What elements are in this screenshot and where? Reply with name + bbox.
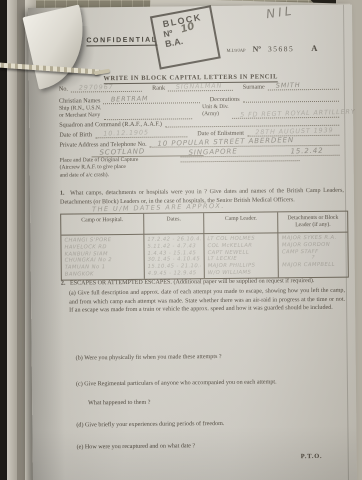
serial-prefix: M.I.9/JAP	[226, 48, 245, 53]
christian-names-field: BERTRAM	[103, 94, 199, 104]
rank-label: Rank	[152, 85, 165, 92]
nil-handwritten-note: NIL	[265, 4, 295, 22]
page-edge	[17, 0, 25, 480]
detachment-entry: MAJOR CAMPBELL	[282, 262, 345, 269]
question-2-title: ESCAPES OR ATTEMPTED ESCAPES.	[70, 280, 172, 287]
question-2-note: (Additional paper will be supplied on re…	[173, 278, 314, 285]
page-turn-over-label: P.T.O.	[301, 453, 323, 460]
address-value: 10 POPULAR STREET ABERDEEN	[158, 136, 295, 148]
capture-field-2	[181, 160, 300, 162]
question-2-number: 2.	[61, 281, 66, 287]
table-column-dates: 17.2.42 - 26.10.42 5.11.42 - 4.7.43 1.4.…	[144, 234, 205, 279]
row-no-rank-surname: No. 2970967 Rank SIGNALMAN Surname SMITH	[59, 81, 339, 93]
serial-suffix: A	[311, 43, 317, 53]
christian-names-label: Christian Names	[59, 97, 100, 104]
rank-value: SIGNALMAN	[176, 82, 223, 91]
row-capture: Place and Date of Original Capture (Airc…	[60, 155, 340, 180]
table-header-dates: Dates.	[144, 213, 204, 235]
dob-label: Date of Birth	[59, 131, 92, 138]
table-column-camp: CHANGI S'PORE HAVELOCK RD KANBURI SIAM C…	[61, 235, 144, 280]
table-column-detachment: MAJOR SYKES R.A. MAJOR GORDON CAMP STAFF…	[279, 233, 348, 278]
rank-field: SIGNALMAN	[168, 82, 233, 92]
decorations-label: Decorations	[210, 96, 240, 103]
dob-value: 10.12.1905	[103, 128, 149, 137]
decorations-field	[243, 93, 339, 103]
leader-entry: W/O WILLIAMS	[208, 269, 275, 276]
surname-value: SMITH	[276, 81, 301, 90]
question-2d: (d) Give briefly your experiences during…	[76, 419, 360, 431]
serial-no-symbol: Nº	[253, 45, 262, 54]
ship-label: Ship (R.N., U.S.N. or Merchant Navy	[59, 105, 101, 120]
table-header-detachment: Detachments or Block Leader (if any).	[278, 212, 347, 234]
serial-number-line: M.I.9/JAP Nº 35685 A	[226, 43, 317, 54]
address-value-2: SCOTLAND	[99, 147, 145, 156]
block-number-stamp: BLOCK Nº 10 B.A.	[150, 5, 221, 69]
surname-field: SMITH	[268, 81, 339, 91]
page-edge	[7, 0, 17, 480]
scanned-document-photo: CONFIDENTIAL BLOCK Nº 10 B.A. M.I.9/JAP …	[0, 0, 362, 480]
table-column-leader: LT COL HOLMES COL McKELLAR CAPT NEWELL L…	[204, 234, 279, 279]
serial-number: 35685	[268, 44, 294, 53]
capture-label: Place and Date of Original Capture (Airc…	[60, 156, 178, 179]
table-header-camp: Camp or Hospital.	[61, 214, 144, 236]
dates-entry: 4.9.45 - 12.9.45	[148, 270, 201, 277]
binder-edge	[0, 0, 7, 480]
question-2c: (c) Give Regimental particulars of anyon…	[76, 378, 360, 390]
question-2e: (e) How were you recaptured and on what …	[77, 441, 361, 453]
question-1-number: 1.	[60, 191, 65, 197]
capture-field: SINGAPORE 15.2.42	[181, 155, 340, 158]
capture-date-value: 15.2.42	[290, 147, 323, 156]
surname-label: Surname	[243, 84, 265, 91]
confidential-stamp: CONFIDENTIAL	[86, 37, 157, 47]
table-header-leader: Camp Leader.	[204, 212, 279, 234]
question-2c-followup: What happened to them ?	[88, 396, 362, 408]
block-stamp-handwritten-number: 10	[179, 21, 195, 36]
dob-field: 10.12.1905	[95, 128, 187, 138]
question-2b: (b) Were you physically fit when you mad…	[76, 352, 360, 364]
christian-names-value: BERTRAM	[111, 94, 149, 103]
camps-table: Camp or Hospital. Dates. Camp Leader. De…	[60, 211, 349, 281]
enlistment-label: Date of Enlistment	[197, 130, 244, 137]
question-2a: (a) Give full description and approx. da…	[69, 287, 345, 316]
camp-entry: BANGKOK	[65, 270, 141, 277]
enlistment-value: 28TH AUGUST 1939	[255, 126, 333, 136]
unit-div-label: Unit & Div. (Army)	[202, 104, 229, 119]
capture-value: SINGAPORE	[188, 147, 237, 156]
